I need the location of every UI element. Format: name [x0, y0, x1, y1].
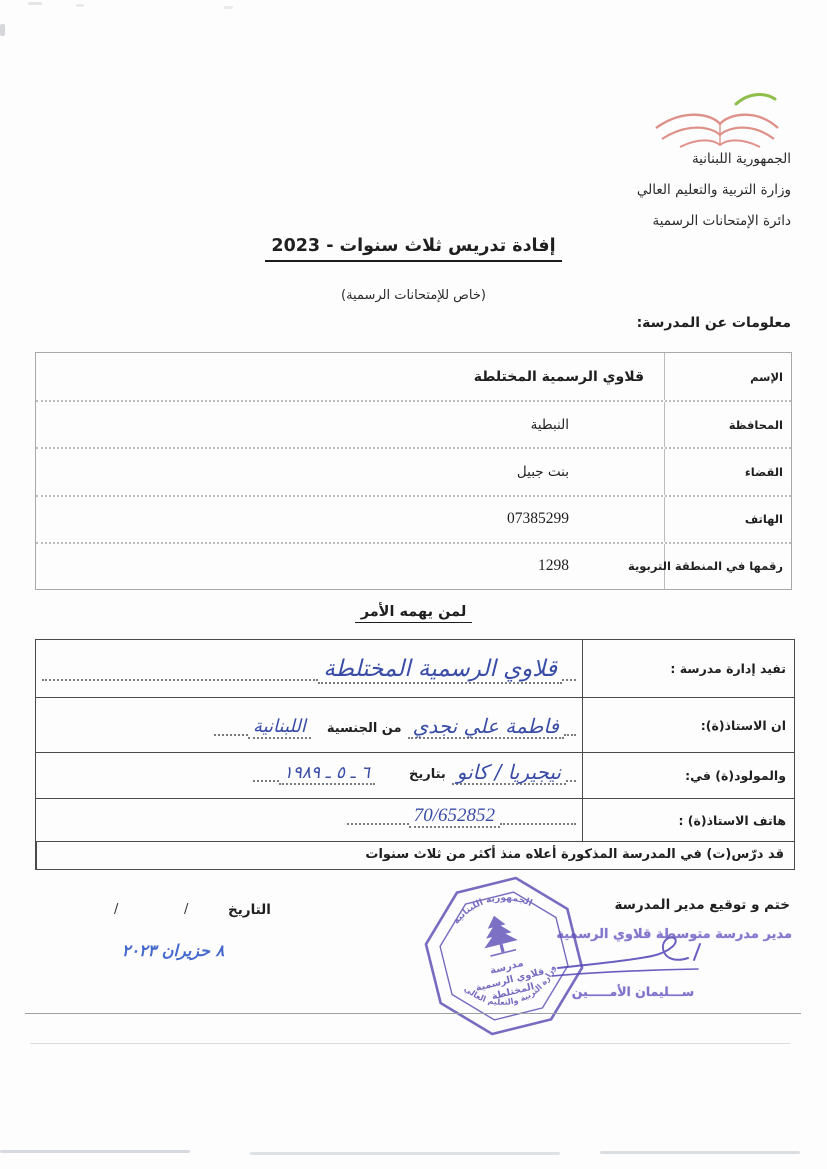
- table-row: 1298 رقمها في المنطقة التربوية: [36, 542, 791, 589]
- dotted-line: [42, 679, 318, 681]
- handwritten-date: ٨ حزيران ٢٠٢٣: [98, 941, 248, 960]
- table-row: 70/652852 هاتف الاستاذ(ة) :: [36, 798, 794, 841]
- school-admin-label: تفيد إدارة مدرسة :: [582, 640, 794, 697]
- region-number-value: 1298: [36, 544, 664, 589]
- dotted-line: [214, 734, 248, 736]
- teacher-phone-label: هاتف الاستاذ(ة) :: [582, 799, 794, 841]
- cedar-tree-icon: [477, 912, 520, 958]
- stamp-signature-label: ختم و توقيع مدير المدرسة: [614, 897, 790, 913]
- horizontal-rule-faint: [30, 1043, 790, 1044]
- dotted-line: [500, 823, 576, 825]
- date-slash: /: [184, 902, 188, 917]
- district-label: القضاء: [664, 449, 791, 494]
- header-line-republic: الجمهورية اللبنانية: [637, 144, 791, 175]
- scan-artifact: [28, 2, 42, 5]
- table-row: قلاوي الرسمية المختلطة تفيد إدارة مدرسة …: [36, 640, 794, 697]
- dotted-line: [253, 780, 279, 782]
- table-row: قد درّس(ت) في المدرسة المذكورة أعلاه منذ…: [36, 841, 794, 869]
- district-value: بنت جبيل: [36, 449, 664, 494]
- dotted-line: [562, 679, 576, 681]
- phone-value: 07385299: [36, 497, 664, 542]
- document-title: إفادة تدريس ثلاث سنوات - 2023: [265, 236, 561, 262]
- table-row: النبطية المحافظة: [36, 400, 791, 447]
- school-name-value: قلاوي الرسمية المختلطة: [36, 353, 664, 400]
- dotted-line: [564, 734, 576, 736]
- scan-artifact: [0, 24, 5, 36]
- school-info-heading: معلومات عن المدرسة:: [637, 315, 791, 331]
- dotted-line: [347, 823, 409, 825]
- scan-artifact: [224, 6, 233, 9]
- header-line-ministry: وزارة التربية والتعليم العالي: [637, 175, 791, 206]
- scanned-document-page: الجمهورية اللبنانية وزارة التربية والتعل…: [0, 0, 827, 1169]
- region-number-label: رقمها في المنطقة التربوية: [664, 544, 791, 589]
- empty-cell: [36, 842, 209, 869]
- nationality-label: من الجنسية: [327, 721, 402, 736]
- table-row: فاطمة علي نجدي من الجنسية اللبنانية ان ا…: [36, 697, 794, 752]
- birthdate-label: بتاريخ: [409, 767, 446, 782]
- governorate-value: النبطية: [36, 402, 664, 447]
- governorate-label: المحافظة: [664, 402, 791, 447]
- header-line-department: دائرة الإمتحانات الرسمية: [637, 206, 791, 237]
- document-subtitle: (خاص للإمتحانات الرسمية): [341, 288, 486, 303]
- table-row: نيجيريا / كانو بتاريخ ٦ ـ ٥ ـ ١٩٨٩ والمو…: [36, 752, 794, 798]
- scan-artifact: [250, 1152, 560, 1155]
- teacher-label: ان الاستاذ(ة):: [582, 698, 794, 752]
- handwritten-nationality: اللبنانية: [248, 718, 311, 739]
- concern-table: قلاوي الرسمية المختلطة تفيد إدارة مدرسة …: [35, 639, 795, 870]
- ministry-book-logo: [650, 90, 782, 150]
- birth-label: والمولود(ة) في:: [582, 753, 794, 798]
- teaching-statement: قد درّس(ت) في المدرسة المذكورة أعلاه منذ…: [209, 842, 794, 869]
- handwritten-school-name: قلاوي الرسمية المختلطة: [318, 658, 562, 684]
- handwritten-birthdate: ٦ ـ ٥ ـ ١٩٨٩: [279, 765, 375, 785]
- table-row: 07385299 الهاتف: [36, 495, 791, 542]
- school-info-table: قلاوي الرسمية المختلطة الإسم النبطية الم…: [35, 352, 792, 590]
- date-slash: /: [114, 902, 118, 917]
- handwritten-phone: 70/652852: [409, 806, 500, 828]
- school-stamp: الجمهورية اللبنانية وزارة التربية والتعل…: [418, 870, 590, 1042]
- handwritten-birthplace: نيجيريا / كانو: [452, 762, 566, 785]
- handwritten-teacher-name: فاطمة علي نجدي: [408, 716, 564, 739]
- ministry-header: الجمهورية اللبنانية وزارة التربية والتعل…: [637, 144, 791, 237]
- table-row: بنت جبيل القضاء: [36, 447, 791, 494]
- scan-artifact: [76, 4, 84, 7]
- phone-label: الهاتف: [664, 497, 791, 542]
- concern-heading: لمن يهمه الأمر: [355, 604, 473, 623]
- scan-artifact: [0, 1150, 190, 1153]
- school-name-label: الإسم: [664, 353, 791, 400]
- table-row: قلاوي الرسمية المختلطة الإسم: [36, 353, 791, 400]
- date-label: التاريخ: [228, 902, 271, 918]
- horizontal-rule: [25, 1013, 801, 1014]
- dotted-line: [566, 780, 576, 782]
- scan-artifact: [600, 1151, 800, 1154]
